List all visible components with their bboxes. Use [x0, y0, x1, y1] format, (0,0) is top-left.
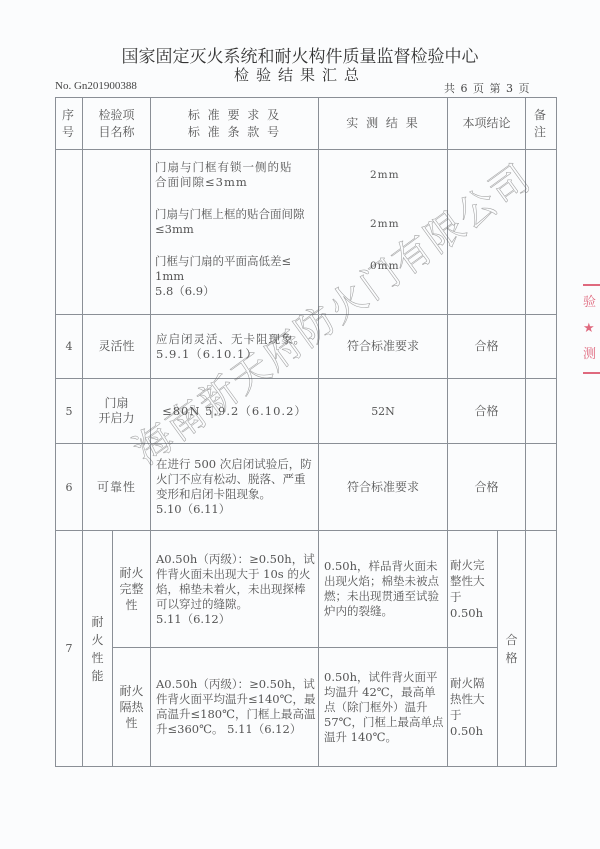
item-cell: 灵活性	[82, 314, 151, 379]
requirements-cell: ≤80N 5.9.2（6.10.2）	[150, 378, 319, 444]
result-cell: 符合标准要求	[318, 443, 448, 531]
result-text: 0mm	[370, 259, 400, 274]
result-cell: 0.50h，试件背火面平 均温升 42℃，最高单 点（除门框外）温升 57℃，门…	[318, 647, 448, 767]
seq-cell: 5	[55, 378, 83, 444]
seal-border	[583, 372, 600, 374]
conclusion-cell: 合格	[447, 314, 526, 379]
conclusion-cell: 合 格	[497, 530, 526, 767]
remark-cell	[525, 530, 557, 767]
col-header-item: 检验项 目名称	[82, 97, 151, 150]
sub-conclusion-cell: 耐火隔 热性大 于 0.50h	[447, 647, 498, 767]
requirements-cell: 应启闭灵活、无卡阻现象。 5.9.1（6.10.1）	[150, 314, 319, 379]
remark-cell	[525, 443, 557, 531]
page-info: 共 6 页 第 3 页	[444, 80, 530, 96]
seal-char: 验	[583, 290, 600, 316]
seq-cell: 6	[55, 443, 83, 531]
col-header-conclusion: 本项结论	[447, 97, 526, 150]
conclusion-cell: 合格	[447, 443, 526, 531]
col-header-requirements: 标 准 要 求 及 标 准 条 款 号	[150, 97, 319, 150]
requirements-cell: 在进行 500 次启闭试验后，防 火门不应有松动、脱落、严重 变形和启闭卡阻现象…	[150, 443, 319, 531]
requirements-cell: A0.50h（丙级）：≥0.50h，试 件背火面未出现大于 10s 的火 焰，棉…	[150, 530, 319, 648]
subitem-name-cell: 耐火 隔热 性	[112, 647, 151, 767]
result-cell: 0.50h，样品背火面未 出现火焰；棉垫未被点 燃；未出现贯通至试验 炉内的裂缝…	[318, 530, 448, 648]
requirement-text: 门扇与门框上框的贴合面间隙 ≤3mm	[155, 207, 305, 237]
item-cell	[82, 149, 151, 315]
seal-star-icon: ★	[583, 316, 600, 342]
remark-cell	[525, 149, 557, 315]
item-cell: 门扇 开启力	[82, 378, 151, 444]
requirement-text: 门框与门扇的平面高低差≤ 1mm 5.8（6.9）	[155, 254, 291, 299]
result-text: 2mm	[370, 168, 400, 183]
conclusion-cell: 合格	[447, 378, 526, 444]
col-header-result: 实 测 结 果	[318, 97, 448, 150]
item-group-cell: 耐 火 性 能	[82, 530, 113, 767]
item-cell: 可靠性	[82, 443, 151, 531]
seq-cell	[55, 149, 83, 315]
remark-cell	[525, 378, 557, 444]
seal-border	[583, 284, 600, 286]
remark-cell	[525, 314, 557, 379]
seal-char: 测	[583, 342, 600, 368]
col-header-seq: 序 号	[55, 97, 83, 150]
requirements-cell: A0.50h（丙级）：≥0.50h，试 件背火面平均温升≤140℃，最 高温升≤…	[150, 647, 319, 767]
conclusion-cell	[447, 149, 526, 315]
report-number: No. Gn201900388	[55, 80, 137, 92]
seq-cell: 7	[55, 530, 83, 767]
result-cell: 符合标准要求	[318, 314, 448, 379]
seq-cell: 4	[55, 314, 83, 379]
result-text: 2mm	[370, 217, 400, 232]
requirement-text: 门扇与门框有锁一侧的贴 合面间隙≤3mm	[155, 160, 293, 190]
col-header-remark: 备 注	[525, 97, 557, 150]
sub-conclusion-cell: 耐火完 整性大 于 0.50h	[447, 530, 498, 648]
official-seal-stamp: 验 ★ 测	[583, 280, 600, 405]
subitem-name-cell: 耐火 完整 性	[112, 530, 151, 648]
result-cell: 52N	[318, 378, 448, 444]
